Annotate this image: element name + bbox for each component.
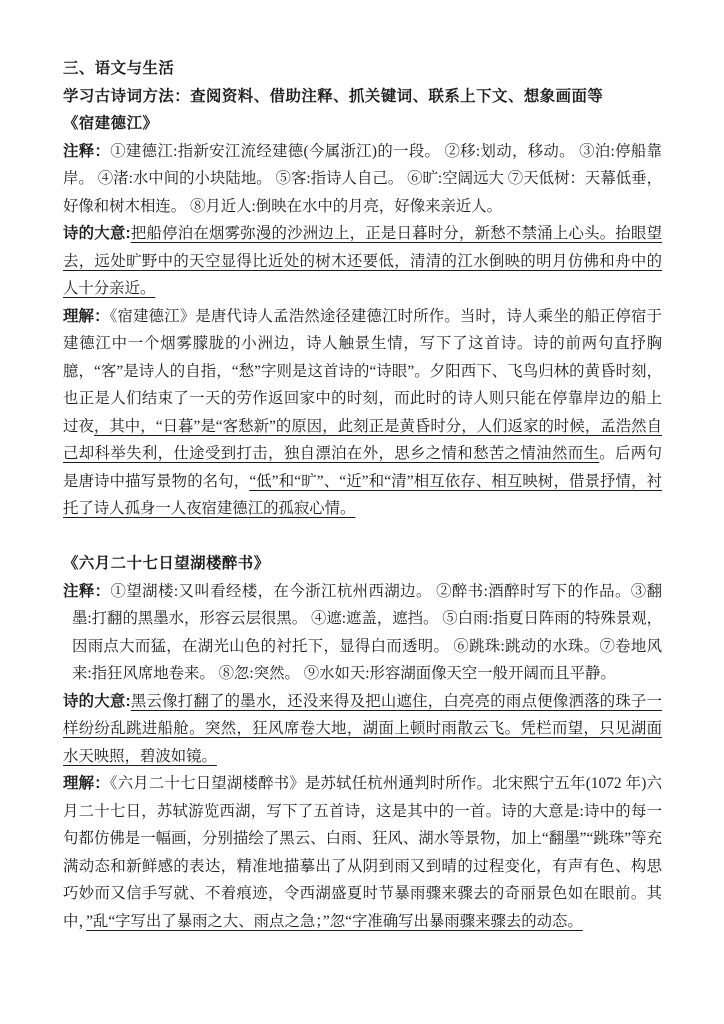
blank-line (63, 523, 662, 551)
section-heading: 《六月二十七日望湖楼醉书》 (63, 550, 662, 578)
underlined-run: ”乱“字写出了暴雨之大、雨点之急；”忽“字准确写出暴雨骤来骤去的动态。 (86, 913, 583, 930)
label-run: 注释： (63, 583, 111, 600)
paragraph: 注释：①望湖楼:又叫看经楼，在今浙江杭州西湖边。 ②醉书:酒醉时写下的作品。③翻… (63, 578, 662, 688)
document-body: 三、语文与生活学习古诗词方法：查阅资料、借助注释、抓关键词、联系上下文、想象画面… (63, 55, 662, 935)
section-heading: 学习古诗词方法：查阅资料、借助注释、抓关键词、联系上下文、想象画面等 (63, 83, 662, 111)
underlined-run: 黑云像打翻了的墨水，还没来得及把山遮住，白亮亮的雨点便像洒落的珠子一样纷纷乱跳进… (63, 693, 662, 765)
paragraph: 理解：《宿建德江》是唐代诗人孟浩然途径建德江时所作。当时，诗人乘坐的船正停宿于建… (63, 303, 662, 523)
label-run: 理解： (63, 775, 110, 792)
label-run: 三、语文与生活 (63, 60, 174, 77)
label-run: 诗的大意: (63, 693, 131, 710)
paragraph: 注释：①建德江:指新安江流经建德(今属浙江)的一段。 ②移:划动，移动。 ③泊:… (63, 138, 662, 221)
text-run: 《六月二十七日望湖楼醉书》是苏轼任杭州通判时所作。北宋熙宁五年(1072 年)六… (63, 775, 662, 930)
label-run: 学习古诗词方法：查阅资料、借助注释、抓关键词、联系上下文、想象画面等 (63, 88, 603, 105)
paragraph: 诗的大意:黑云像打翻了的墨水，还没来得及把山遮住，白亮亮的雨点便像洒落的珠子一样… (63, 688, 662, 771)
label-run: 《六月二十七日望湖楼醉书》 (63, 555, 270, 572)
section-heading: 三、语文与生活 (63, 55, 662, 83)
text-run: 《宿建德江》是唐代诗人孟浩然途径建德江时所作。当时，诗人乘坐的船正停宿于建德江中… (63, 308, 662, 435)
label-run: 诗的大意: (63, 225, 131, 242)
underlined-run: 把船停泊在烟雾弥漫的沙洲边上，正是日暮时分，新愁不禁涌上心头。抬眼望去，远处旷野… (63, 225, 662, 297)
paragraph: 诗的大意:把船停泊在烟雾弥漫的沙洲边上，正是日暮时分，新愁不禁涌上心头。抬眼望去… (63, 220, 662, 303)
label-run: 《宿建德江》 (63, 115, 158, 132)
section-heading: 《宿建德江》 (63, 110, 662, 138)
document-page: 三、语文与生活学习古诗词方法：查阅资料、借助注释、抓关键词、联系上下文、想象画面… (0, 0, 724, 1024)
label-run: 注释： (63, 143, 110, 160)
text-run: ①建德江:指新安江流经建德(今属浙江)的一段。 ②移:划动，移动。 ③泊:停船靠… (63, 143, 662, 215)
label-run: 理解： (63, 308, 110, 325)
paragraph: 理解：《六月二十七日望湖楼醉书》是苏轼任杭州通判时所作。北宋熙宁五年(1072 … (63, 770, 662, 935)
underlined-run: ，其中，“日暮”是“客愁新”的原因，此刻正是黄昏时分，人们返家的时候，孟浩然自己… (63, 418, 662, 463)
text-run: ①望湖楼:又叫看经楼，在今浙江杭州西湖边。 ②醉书:酒醉时写下的作品。③翻墨:打… (72, 583, 662, 683)
